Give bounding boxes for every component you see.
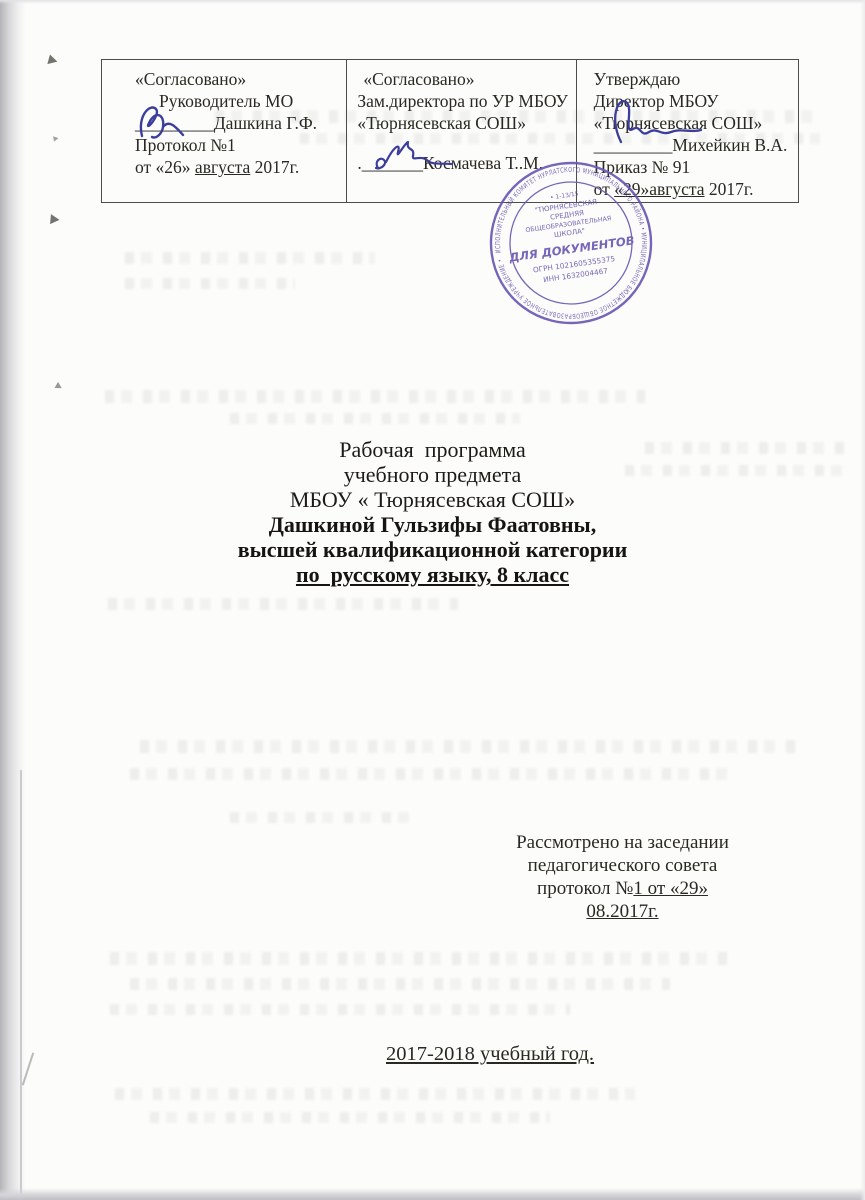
bleed-through-text [115, 1088, 635, 1100]
title-line-4: Дашкиной Гульзифы Фаатовны, [0, 512, 865, 537]
title-line-1: Рабочая программа [0, 437, 865, 462]
scan-edge-left [0, 0, 26, 1200]
bleed-through-text [140, 740, 800, 753]
review-line-2: педагогического совета [505, 854, 740, 877]
bleed-through-text [125, 252, 375, 264]
signature-kosmacheva [370, 135, 480, 177]
bleed-through-text [130, 768, 730, 780]
agreed-label: «Согласовано» [357, 68, 575, 90]
signature-dashkina [128, 100, 238, 145]
approve-label: Утверждаю [594, 68, 798, 90]
date-prefix: от «26» [135, 157, 195, 177]
document-title-block: Рабочая программа учебного предмета МБОУ… [0, 437, 865, 587]
school-name: «Тюрнясевская СОШ» [357, 112, 575, 134]
stamp-reg-number: • 1-13/15 [550, 190, 580, 201]
bleed-through-text [150, 1112, 550, 1123]
bleed-through-text [230, 812, 420, 823]
date-suffix: 2017г. [250, 157, 299, 177]
title-line-3: МБОУ « Тюрнясевская СОШ» [0, 487, 865, 512]
approval-date: от «26» августа 2017г. [135, 156, 346, 178]
bleed-through-text [105, 390, 645, 403]
date-underlined: августа [195, 157, 250, 177]
review-block: Рассмотрено на заседании педагогического… [505, 831, 740, 923]
title-line-2: учебного предмета [0, 462, 865, 487]
scan-edge-bottom [0, 1188, 865, 1200]
date-suffix: 2017г. [705, 179, 754, 199]
title-line-5: высшей квалификационной категории [0, 537, 865, 562]
protocol-prefix: протокол № [537, 878, 633, 899]
school-year-text: 2017-2018 учебный год. [386, 1043, 594, 1065]
review-line-3: протокол №1 от «29» 08.2017г. [505, 877, 740, 923]
scan-artifact-mark [47, 55, 58, 67]
signature-mikheikin [595, 90, 715, 145]
scan-edge-top [0, 0, 865, 4]
scan-edge-line [20, 770, 22, 1200]
scan-artifact-mark [50, 214, 60, 225]
bleed-through-text [125, 278, 295, 289]
agreed-label: «Согласовано» [135, 68, 346, 90]
title-line-6: по русскому языку, 8 класс [0, 562, 865, 587]
approver-role: Зам.директора по УР МБОУ [357, 90, 575, 112]
bleed-through-text [230, 413, 520, 424]
bleed-through-text [110, 952, 730, 965]
review-line-1: Рассмотрено на заседании [505, 831, 740, 854]
scanned-document-page: «Согласовано» Руководитель МО _________Д… [0, 0, 865, 1200]
school-round-stamp: ИСПОЛНИТЕЛЬНЫЙ КОМИТЕТ НУРЛАТСКОГО МУНИЦ… [474, 146, 668, 340]
bleed-through-text [110, 1004, 570, 1015]
scan-artifact-mark [53, 135, 59, 141]
school-year-line: 2017-2018 учебный год. [115, 1043, 865, 1066]
bleed-through-text [130, 978, 670, 990]
bleed-through-text [108, 598, 458, 610]
scan-edge-right [860, 0, 865, 1200]
scan-artifact-mark [55, 382, 64, 391]
